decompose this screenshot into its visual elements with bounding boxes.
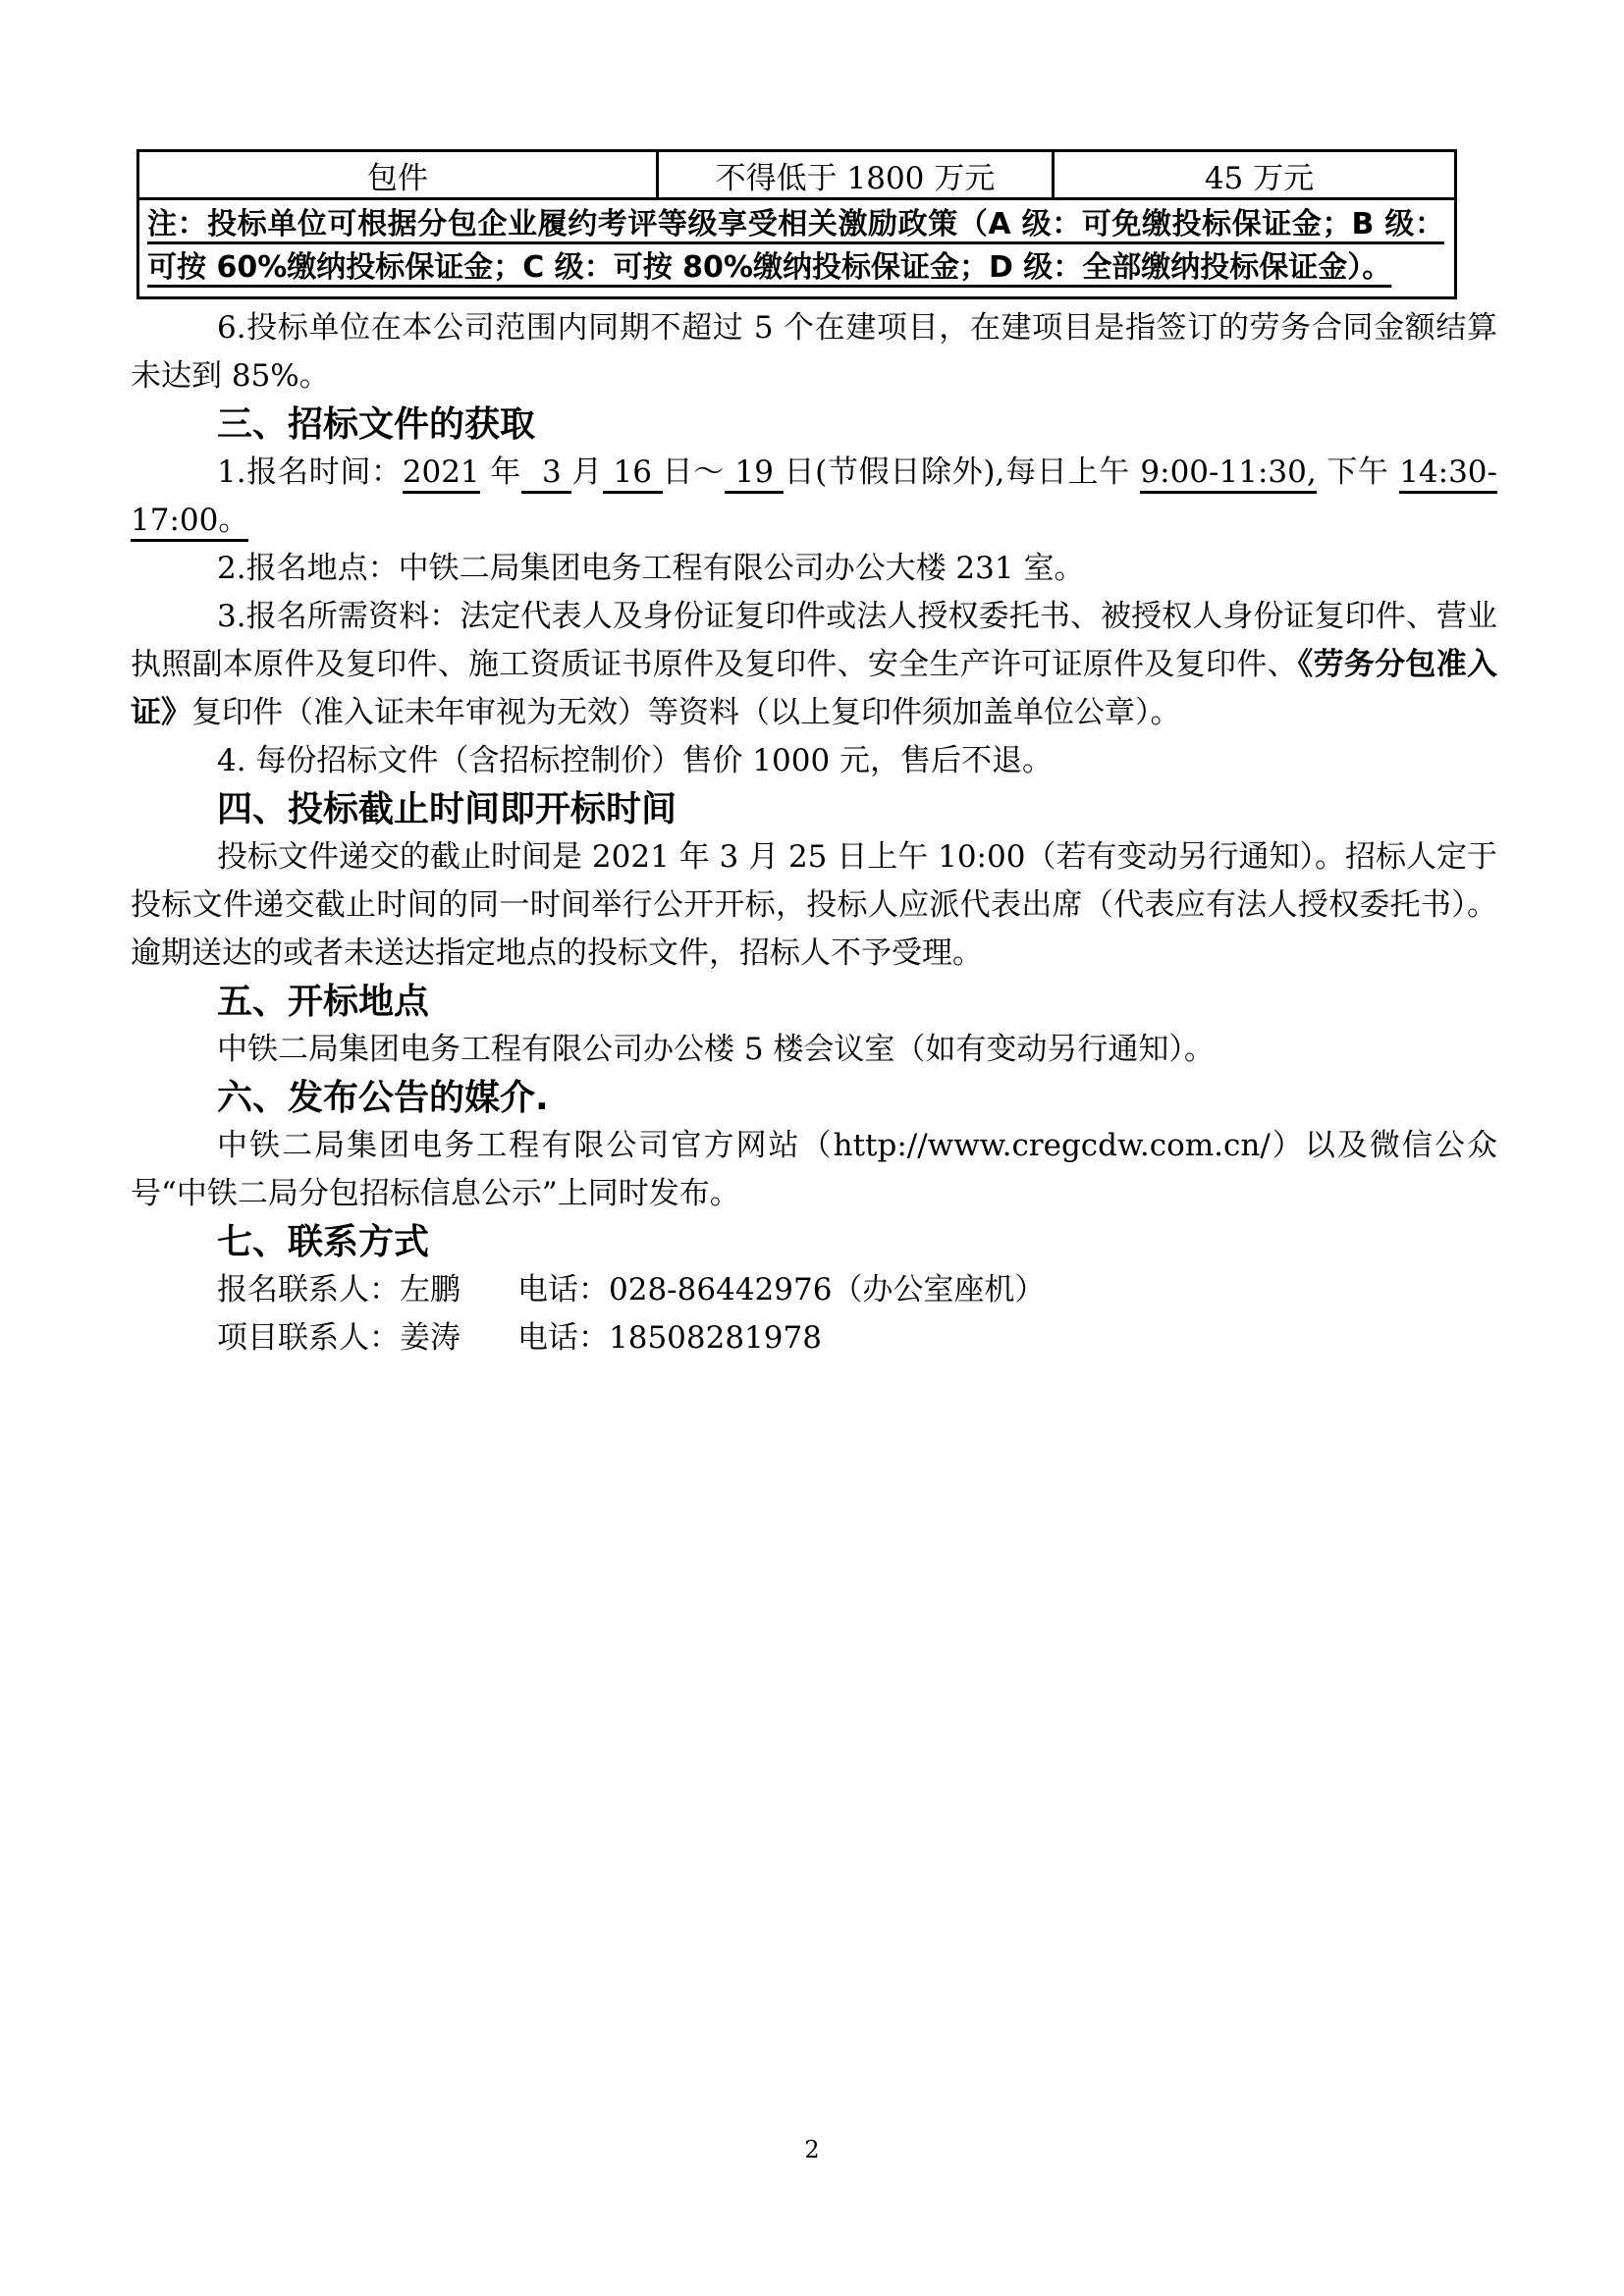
contact-signup-person: 报名联系人：左鹏 bbox=[217, 1266, 460, 1314]
contact-project-phone: 电话：18508281978 bbox=[517, 1314, 822, 1362]
paragraph-signup-time: 1.报名时间：2021 年 3 月 16 日～ 19 日(节假日除外),每日上午… bbox=[131, 449, 1497, 545]
contact-signup-phone: 电话：028-86442976（办公室座机） bbox=[517, 1266, 1045, 1314]
page-number: 2 bbox=[0, 2136, 1624, 2163]
cell-package-name: 包件 bbox=[138, 151, 658, 199]
contact-row-project: 项目联系人：姜涛 电话：18508281978 bbox=[131, 1314, 1497, 1362]
heading-section-6: 六、发布公告的媒介. bbox=[131, 1074, 1497, 1122]
paragraph-open-place: 中铁二局集团电务工程有限公司办公楼 5 楼会议室（如有变动另行通知）。 bbox=[131, 1026, 1497, 1074]
heading-section-7: 七、联系方式 bbox=[131, 1218, 1497, 1266]
cell-min-output-value: 不得低于 1800 万元 bbox=[657, 151, 1053, 199]
heading-section-5: 五、开标地点 bbox=[131, 978, 1497, 1026]
contact-project-person: 项目联系人：姜涛 bbox=[217, 1314, 460, 1362]
paragraph-media: 中铁二局集团电务工程有限公司官方网站（http://www.cregcdw.co… bbox=[131, 1122, 1497, 1218]
heading-section-3: 三、招标文件的获取 bbox=[131, 400, 1497, 449]
table-row-package: 包件 不得低于 1800 万元 45 万元 bbox=[138, 151, 1456, 199]
contact-row-signup: 报名联系人：左鹏 电话：028-86442976（办公室座机） bbox=[131, 1266, 1497, 1314]
paragraph-materials: 3.报名所需资料：法定代表人及身份证复印件或法人授权委托书、被授权人身份证复印件… bbox=[131, 593, 1497, 737]
paragraph-deadline: 投标文件递交的截止时间是 2021 年 3 月 25 日上午 10:00（若有变… bbox=[131, 833, 1497, 978]
cell-bond-amount: 45 万元 bbox=[1054, 151, 1456, 199]
document-body: 包件 不得低于 1800 万元 45 万元 注：投标单位可根据分包企业履约考评等… bbox=[131, 149, 1497, 1362]
table-row-note: 注：投标单位可根据分包企业履约考评等级享受相关激励政策（A 级：可免缴投标保证金… bbox=[138, 199, 1456, 298]
bid-bond-table: 包件 不得低于 1800 万元 45 万元 注：投标单位可根据分包企业履约考评等… bbox=[136, 149, 1457, 299]
paragraph-doc-price: 4. 每份招标文件（含招标控制价）售价 1000 元，售后不退。 bbox=[131, 737, 1497, 785]
heading-section-4: 四、投标截止时间即开标时间 bbox=[131, 785, 1497, 833]
table-note-text: 注：投标单位可根据分包企业履约考评等级享受相关激励政策（A 级：可免缴投标保证金… bbox=[138, 199, 1456, 298]
paragraph-signup-place: 2.报名地点：中铁二局集团电务工程有限公司办公大楼 231 室。 bbox=[131, 545, 1497, 593]
document-page: 包件 不得低于 1800 万元 45 万元 注：投标单位可根据分包企业履约考评等… bbox=[0, 0, 1624, 2296]
paragraph-item6: 6.投标单位在本公司范围内同期不超过 5 个在建项目，在建项目是指签订的劳务合同… bbox=[131, 304, 1497, 400]
